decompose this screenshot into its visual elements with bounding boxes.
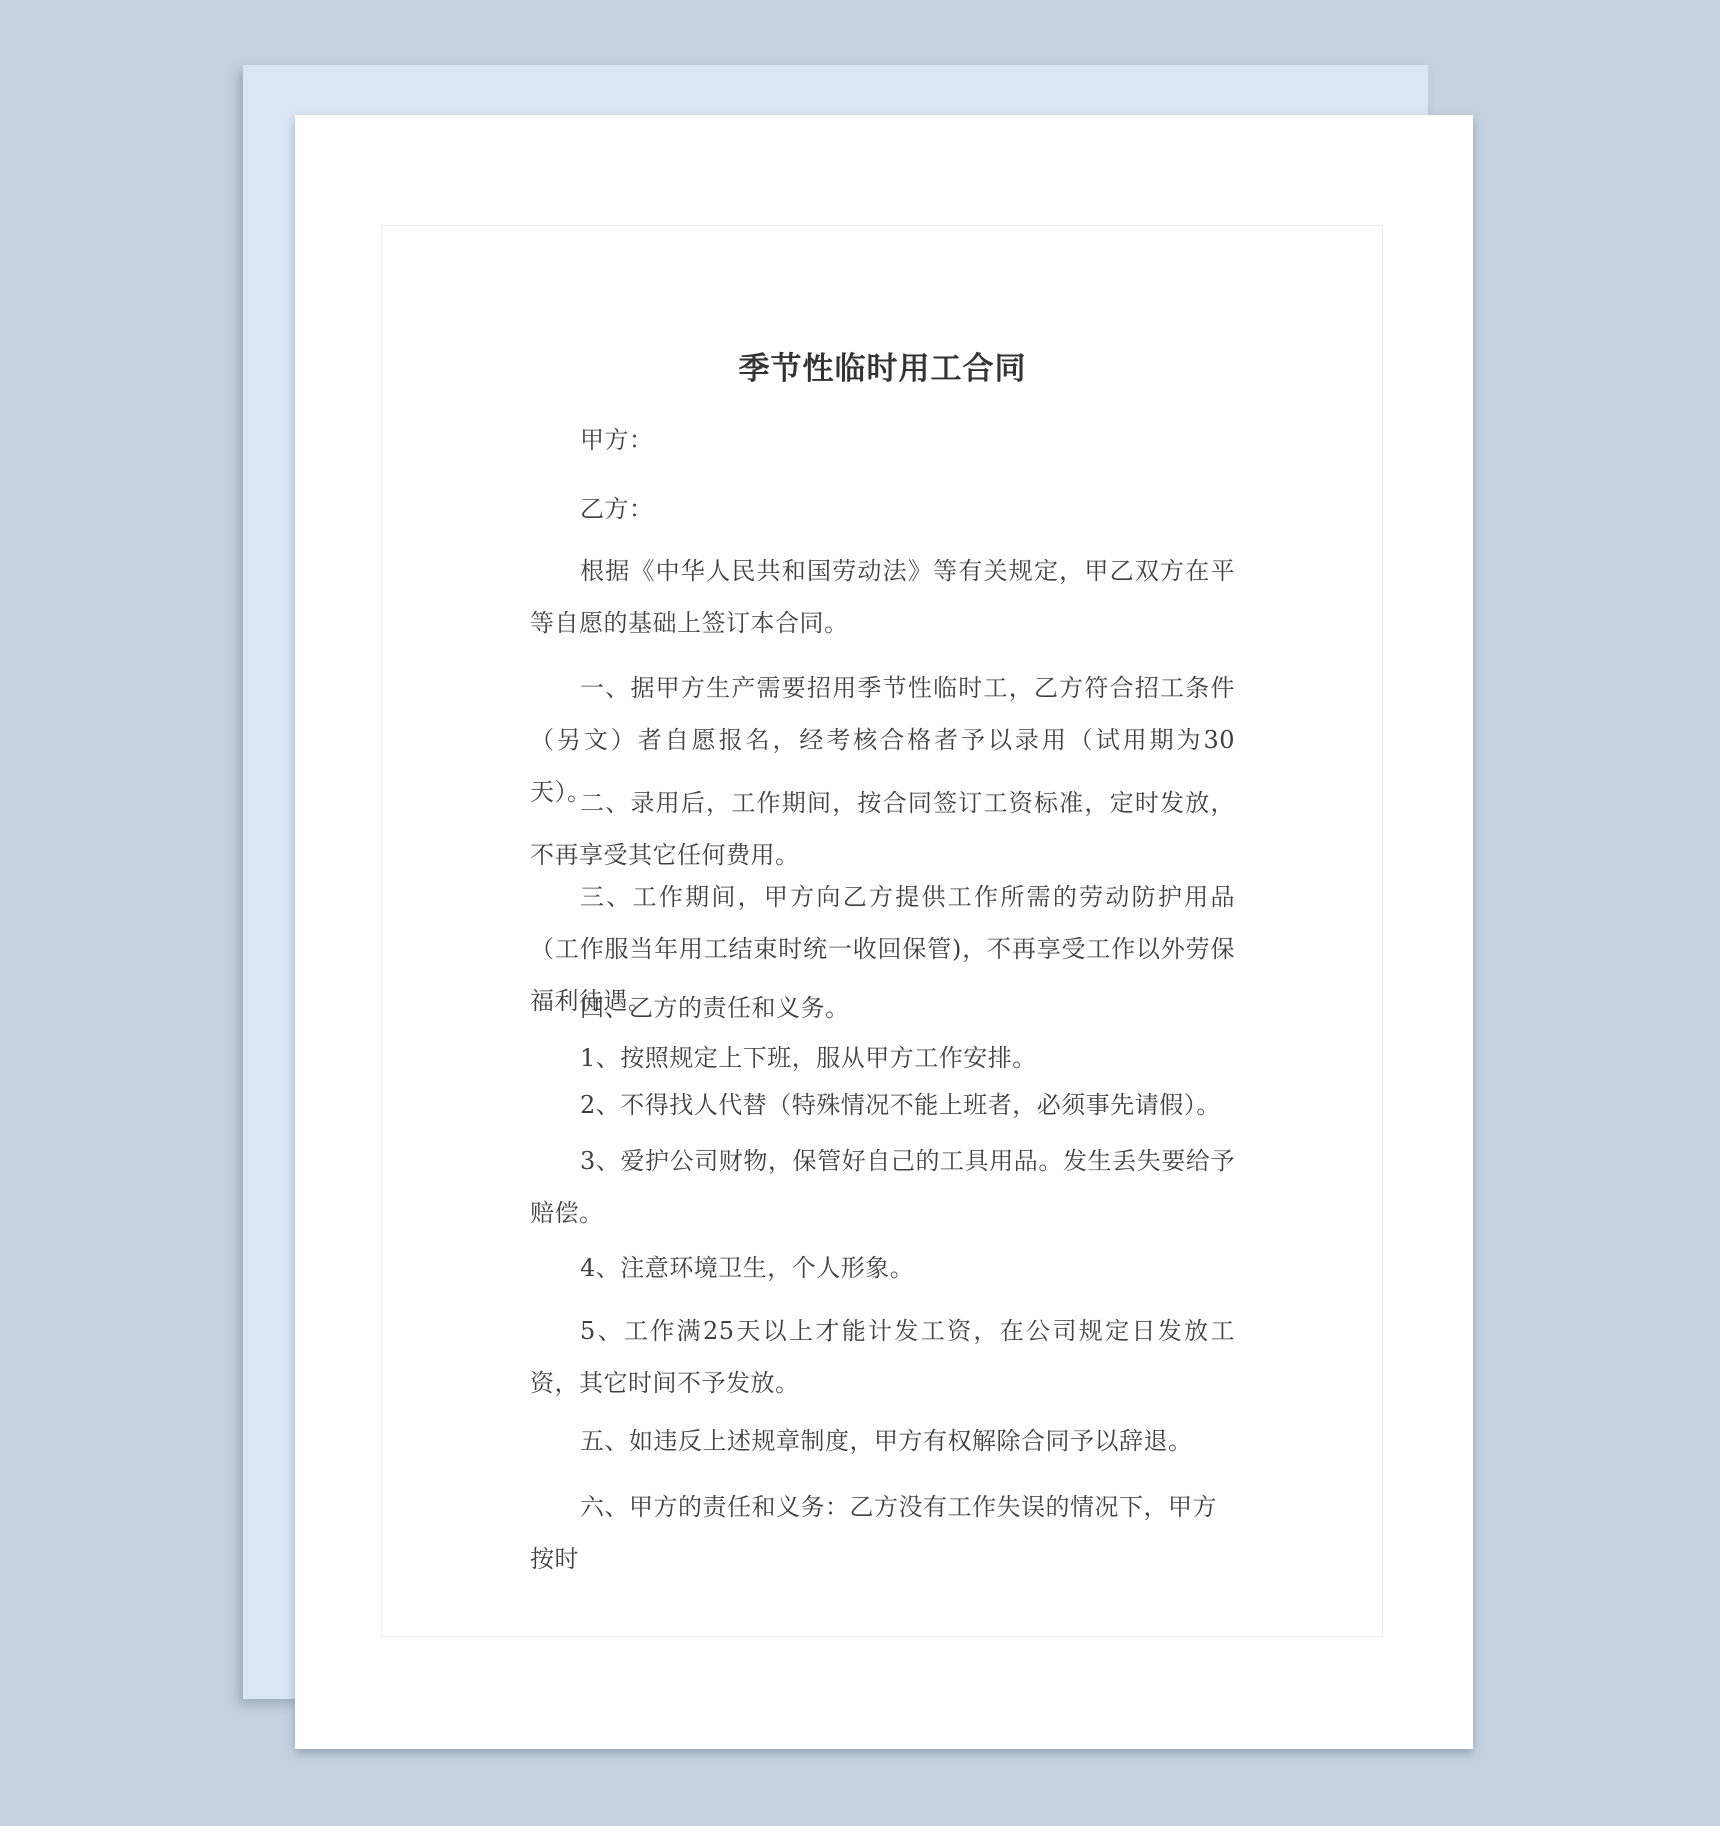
clause-6-partial-paragraph: 六、甲方的责任和义务：乙方没有工作失误的情况下，甲方按时 xyxy=(530,1481,1235,1585)
clause-4-heading: 四、乙方的责任和义务。 xyxy=(530,982,1235,1034)
contract-page: 季节性临时用工合同 甲方： 乙方： 根据《中华人民共和国劳动法》等有关规定，甲乙… xyxy=(295,115,1473,1749)
clause-2-paragraph: 二、录用后，工作期间，按合同签订工资标准，定时发放，不再享受其它任何费用。 xyxy=(530,777,1235,881)
intro-paragraph: 根据《中华人民共和国劳动法》等有关规定，甲乙双方在平等自愿的基础上签订本合同。 xyxy=(530,545,1235,649)
clause-4-item-2: 2、不得找人代替（特殊情况不能上班者，必须事先请假）。 xyxy=(530,1079,1235,1131)
document-title: 季节性临时用工合同 xyxy=(530,349,1235,389)
desktop-background: { "document": { "title": "季节性临时用工合同", "p… xyxy=(0,0,1720,1826)
clause-4-item-3: 3、爱护公司财物，保管好自己的工具用品。发生丢失要给予赔偿。 xyxy=(530,1135,1235,1239)
clause-4-item-1: 1、按照规定上下班，服从甲方工作安排。 xyxy=(530,1032,1235,1084)
party-a-line: 甲方： xyxy=(530,414,1235,466)
clause-4-item-5: 5、工作满25天以上才能计发工资，在公司规定日发放工资，其它时间不予发放。 xyxy=(530,1305,1235,1409)
clause-5-paragraph: 五、如违反上述规章制度，甲方有权解除合同予以辞退。 xyxy=(530,1415,1235,1467)
party-b-line: 乙方： xyxy=(530,483,1235,535)
clause-4-item-4: 4、注意环境卫生，个人形象。 xyxy=(530,1242,1235,1294)
